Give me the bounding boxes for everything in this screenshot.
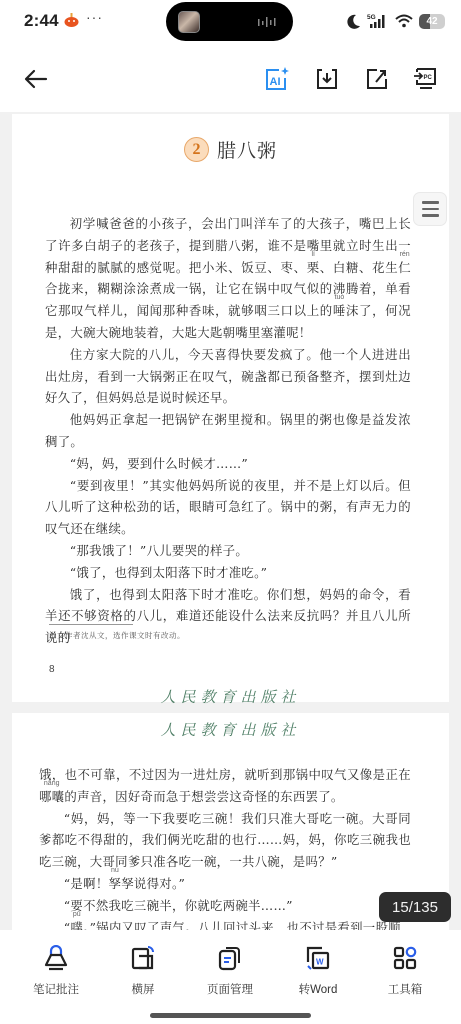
bottom-toolbar: 笔记批注 横屏 页面管理 W (0, 930, 461, 1024)
document-viewer[interactable]: 2 腊八粥 初学喊爸爸的小孩子，会出门叫洋车了的大孩子，嘴巴上长了许多白胡子的老… (0, 112, 461, 930)
back-button[interactable] (21, 64, 51, 94)
nav-label: 转Word (299, 981, 338, 997)
svg-text:AI: AI (270, 76, 281, 88)
send-to-pc-button[interactable]: PC (410, 64, 440, 94)
toolbox-button[interactable]: 工具箱 (365, 944, 445, 997)
pinyin-annotation: nāng (39, 780, 64, 788)
audio-waveform-icon (257, 16, 277, 28)
page-indicator: 15/135 (379, 892, 451, 922)
nav-label: 横屏 (132, 981, 155, 997)
paragraph: “要不然我吃三碗半，你就吃两碗半……” (39, 895, 411, 917)
landscape-button[interactable]: 横屏 (103, 944, 183, 997)
publisher-logo: 人民教育出版社 (12, 719, 449, 740)
paragraph: “pū噗。”锅内又叹了声气。八儿回过头来，也不过是看到一股顺 (39, 917, 411, 930)
body-text: 初学喊爸爸的小孩子，会出门叫洋车了的大孩子，嘴巴上长了许多白胡子的老孩子，提到腊… (45, 213, 411, 649)
chapter-title: 腊八粥 (217, 136, 277, 163)
paragraph: “那我饿了！”八儿要哭的样子。 (45, 540, 411, 562)
download-icon (315, 67, 339, 91)
nav-label: 页面管理 (207, 981, 253, 997)
paragraph: 他妈妈正拿起一把锅铲在粥里搅和。锅里的粥也像是益发浓稠了。 (45, 409, 411, 453)
ai-assistant-button[interactable]: AI (262, 64, 292, 94)
paragraph: 住方家大院的八儿，今天喜得快要发疯了。他一个人进进出出灶房，看到一大锅粥正在叹气… (45, 344, 411, 409)
more-notifications-icon: ··· (86, 9, 103, 25)
app-notification-icon (64, 13, 79, 27)
body-text: 饿，也不可靠，不过因为一进灶房，就听到那锅中叹气又像是正在nāng哪囔的声音，因… (39, 764, 411, 930)
media-thumbnail (178, 11, 200, 33)
footnote-divider (49, 624, 133, 625)
status-time: 2:44 (24, 11, 59, 31)
page-number: 8 (49, 664, 55, 675)
paragraph: “妈，妈，要到什么时候才……” (45, 453, 411, 475)
document-page: 2 腊八粥 初学喊爸爸的小孩子，会出门叫洋车了的大孩子，嘴巴上长了许多白胡子的老… (12, 114, 449, 702)
do-not-disturb-moon-icon (347, 14, 361, 29)
battery-indicator: 42 (419, 14, 445, 29)
nav-label: 笔记批注 (33, 981, 79, 997)
pinyin-annotation: tuò (333, 294, 346, 302)
annotate-icon (43, 945, 69, 971)
publisher-logo: 人民教育出版社 (12, 686, 449, 707)
chapter-number-badge: 2 (184, 137, 209, 162)
pinyin-annotation: rén (398, 251, 411, 259)
cellular-signal-icon: 5G (367, 13, 389, 29)
nav-label: 工具箱 (388, 981, 423, 997)
dynamic-island[interactable] (166, 2, 293, 41)
pinyin-annotation: lì (307, 251, 320, 259)
hamburger-menu-icon (422, 201, 439, 204)
wifi-icon (395, 14, 413, 28)
svg-text:W: W (316, 958, 324, 967)
status-indicators: 5G 42 (347, 12, 445, 30)
paragraph: 初学喊爸爸的小孩子，会出门叫洋车了的大孩子，嘴巴上长了许多白胡子的老孩子，提到腊… (45, 213, 411, 344)
paragraph: 饿，也不可靠，不过因为一进灶房，就听到那锅中叹气又像是正在nāng哪囔的声音，因… (39, 764, 411, 808)
pinyin-annotation: nú (109, 867, 122, 875)
convert-word-icon: W (305, 945, 331, 971)
top-toolbar: AI PC (0, 56, 461, 104)
status-bar: 2:44 ··· 5G (0, 0, 461, 44)
paragraph: “饿了，也得到太阳落下时才准吃。” (45, 562, 411, 584)
export-button[interactable] (362, 64, 392, 94)
annotate-button[interactable]: 笔记批注 (16, 944, 96, 997)
footnote: 本文作者沈从文，选作课文时有改动。 (49, 630, 185, 641)
export-icon (365, 67, 389, 91)
send-to-pc-icon: PC (412, 66, 438, 92)
chapter-heading: 2 腊八粥 (12, 136, 449, 163)
page-manage-button[interactable]: 页面管理 (190, 944, 270, 997)
toolbox-icon (392, 945, 418, 971)
battery-level: 42 (426, 16, 437, 27)
home-indicator[interactable] (150, 1013, 311, 1018)
pinyin-annotation: pū (70, 911, 83, 919)
rotate-landscape-icon (130, 945, 156, 971)
page-manage-icon (217, 945, 243, 971)
paragraph: “妈，妈，等一下我要吃三碗！我们只准大哥吃一碗。大哥同爹都吃不得甜的，我们俩光吃… (39, 808, 411, 873)
paragraph: “要到夜里！”其实他妈妈所说的夜里，并不是上灯以后。但八儿听了这种松劲的话，眼睛… (45, 475, 411, 540)
svg-text:PC: PC (424, 75, 433, 81)
arrow-left-icon (24, 69, 48, 89)
download-button[interactable] (312, 64, 342, 94)
outline-menu-button[interactable] (413, 192, 447, 226)
convert-word-button[interactable]: W 转Word (278, 944, 358, 997)
ai-assistant-icon: AI (264, 66, 290, 92)
paragraph: “是啊！nú孥孥说得对。” (39, 873, 411, 895)
svg-text:5G: 5G (367, 14, 376, 21)
